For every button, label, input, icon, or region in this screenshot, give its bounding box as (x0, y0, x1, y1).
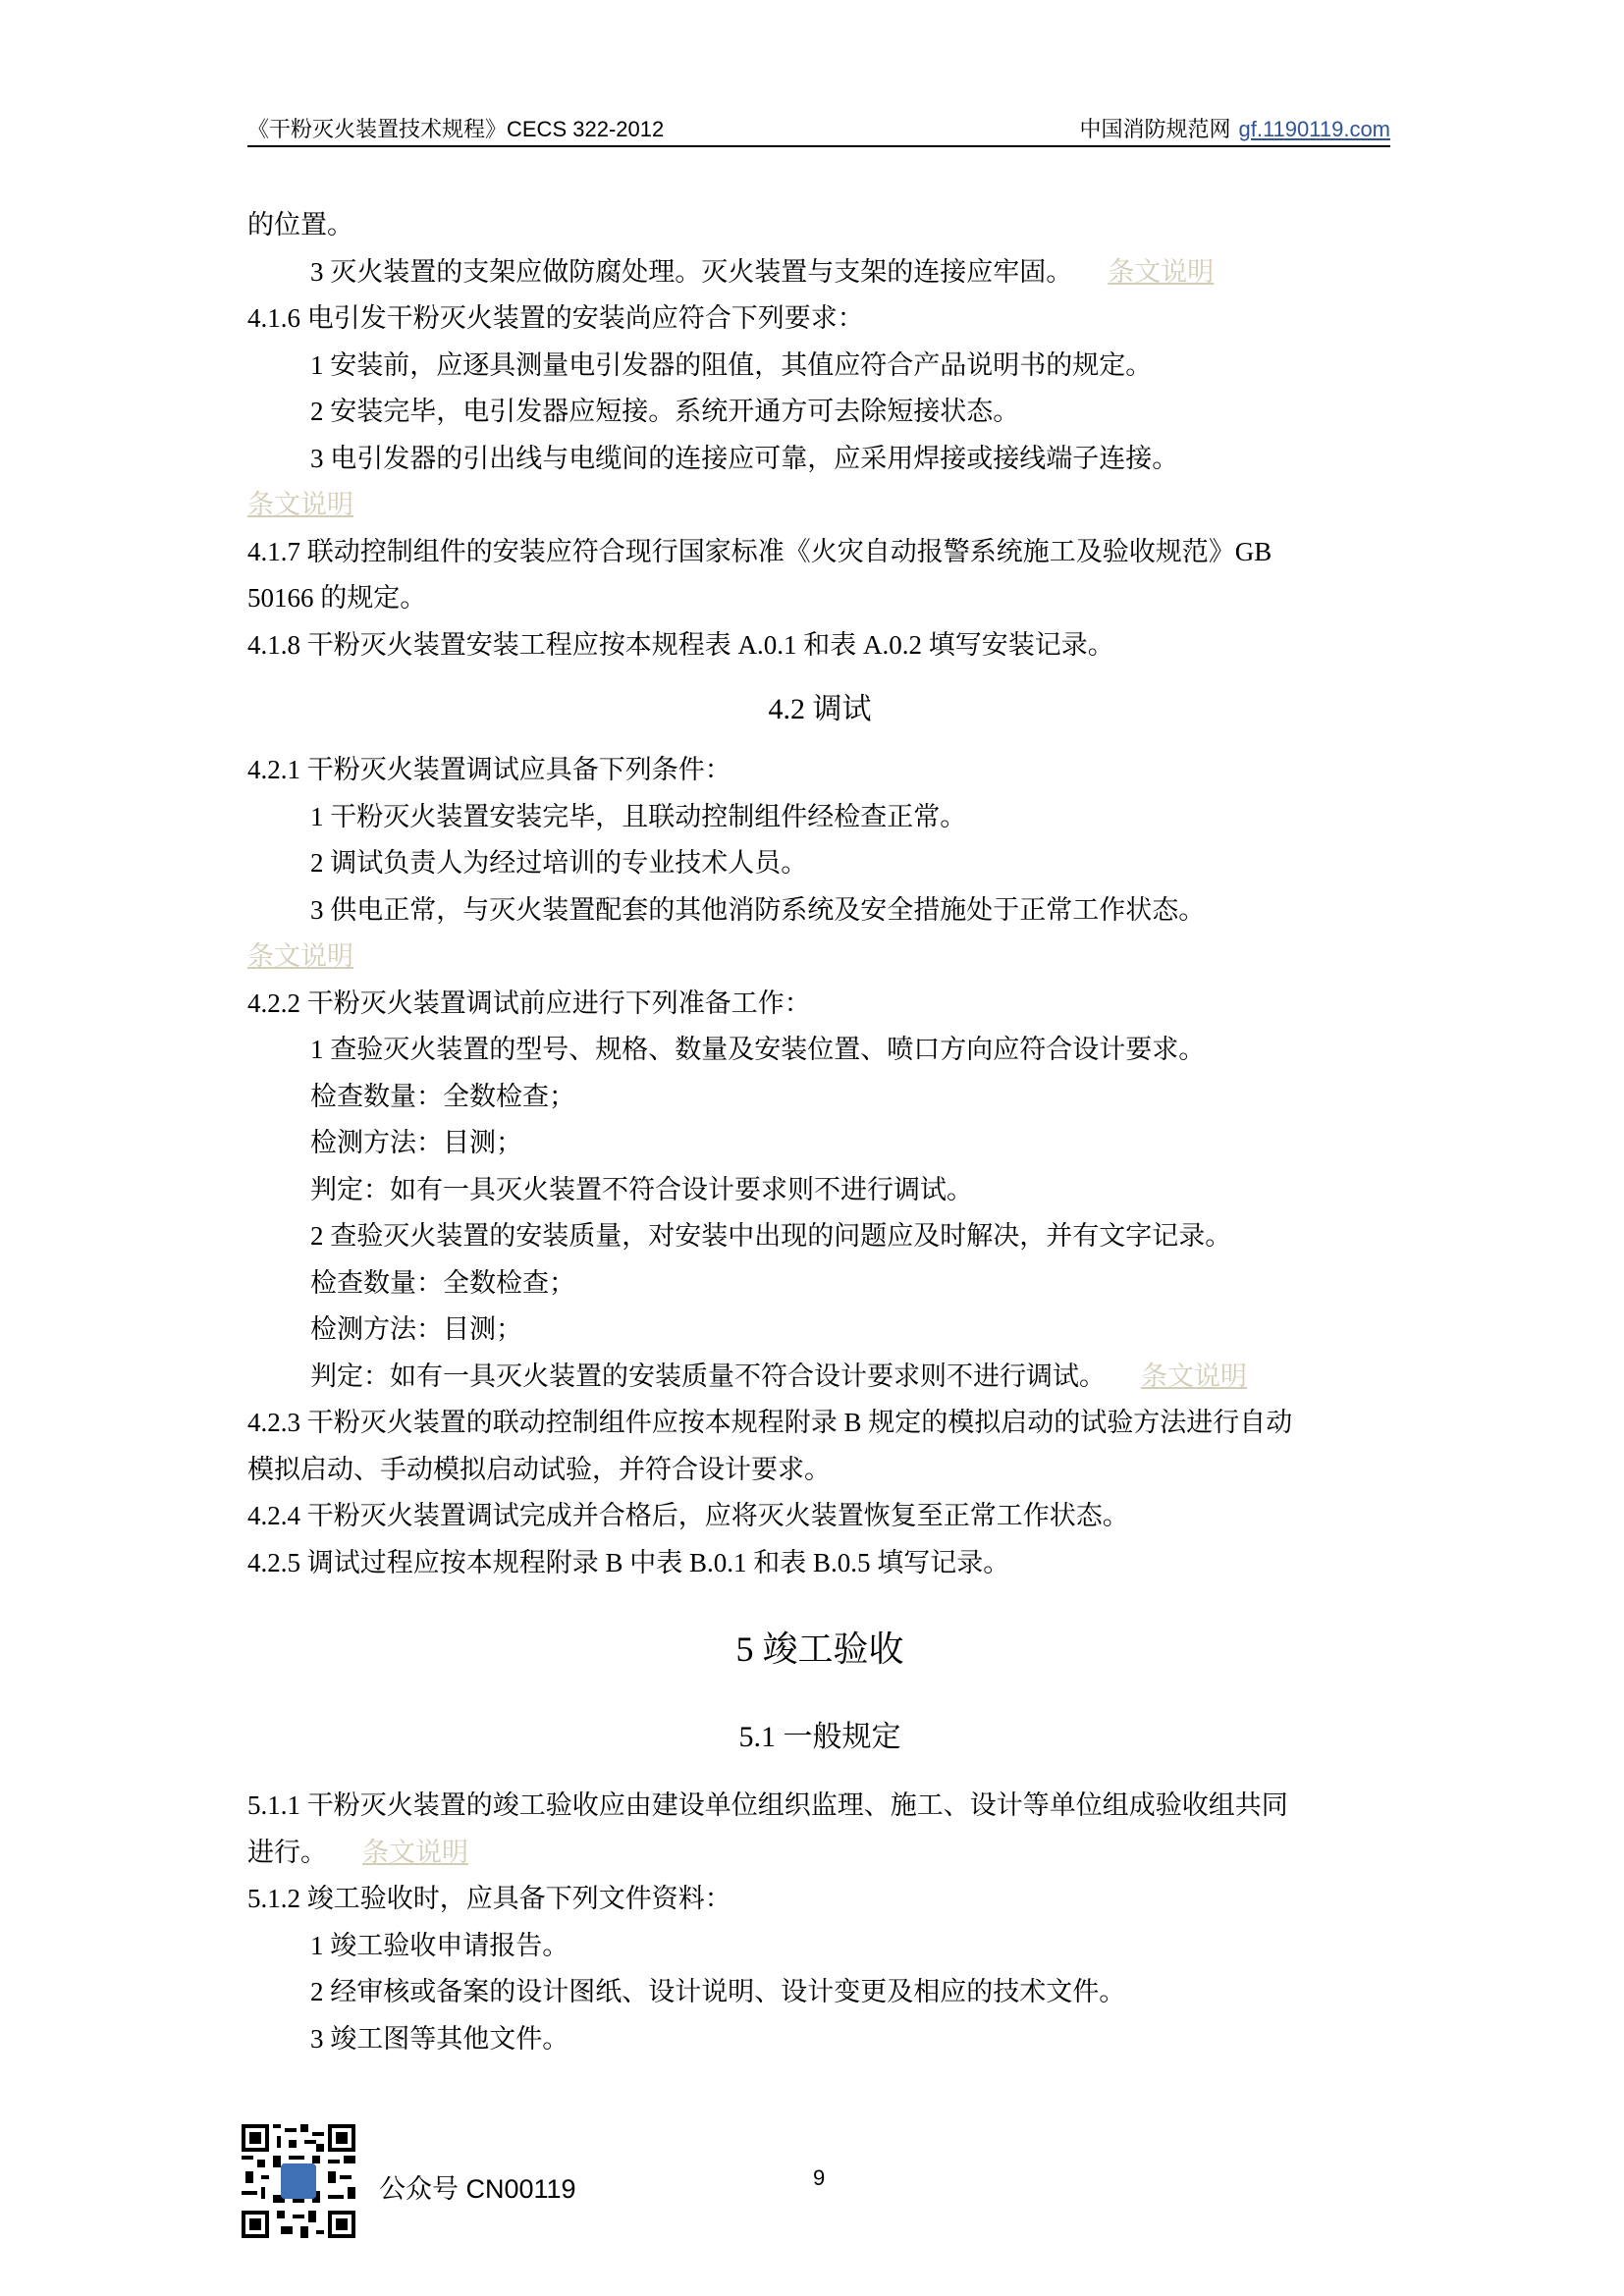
clause-note-link[interactable]: 条文说明 (1141, 1362, 1247, 1391)
clause-4-1-7: 4.1.7 联动控制组件的安装应符合现行国家标准《火灾自动报警系统施工及验收规范… (247, 529, 1392, 576)
page-footer: 公众号 CN00119 (242, 2124, 831, 2242)
clause-4-2-2: 4.2.2 干粉灭火装置调试前应进行下列准备工作： (247, 981, 1392, 1028)
clause-4-2-4: 4.2.4 干粉灭火装置调试完成并合格后，应将灭火装置恢复至正常工作状态。 (247, 1493, 1392, 1540)
inspection-quantity: 检查数量：全数检查； (247, 1074, 1392, 1121)
clause-item: 2 调试负责人为经过培训的专业技术人员。 (247, 840, 1392, 887)
page-header: 《干粉灭火装置技术规程》CECS 322-2012 中国消防规范网gf.1190… (247, 116, 1390, 147)
clause-text: 3 灭火装置的支架应做防腐处理。灭火装置与支架的连接应牢固。 (310, 257, 1072, 287)
clause-item: 3 竣工图等其他文件。 (247, 2016, 1392, 2063)
site-name: 中国消防规范网 (1079, 117, 1230, 141)
clause-4-1-8: 4.1.8 干粉灭火装置安装工程应按本规程表 A.0.1 和表 A.0.2 填写… (247, 622, 1392, 669)
judgement-text: 判定：如有一具灭火装置的安装质量不符合设计要求则不进行调试。 (310, 1362, 1106, 1391)
site-link[interactable]: gf.1190119.com (1238, 117, 1390, 141)
clause-5-1-2: 5.1.2 竣工验收时，应具备下列文件资料： (247, 1876, 1392, 1923)
paragraph-line: 模拟启动、手动模拟启动试验，并符合设计要求。 (247, 1447, 1392, 1494)
inspection-quantity: 检查数量：全数检查； (247, 1260, 1392, 1308)
clause-4-2-3: 4.2.3 干粉灭火装置的联动控制组件应按本规程附录 B 规定的模拟启动的试验方… (247, 1400, 1392, 1447)
section-heading-5-1: 5.1 一般规定 (247, 1714, 1392, 1761)
clause-4-2-1: 4.2.1 干粉灭火装置调试应具备下列条件： (247, 747, 1392, 794)
clause-item: 3 灭火装置的支架应做防腐处理。灭火装置与支架的连接应牢固。条文说明 (247, 249, 1392, 296)
chapter-heading-5: 5 竣工验收 (247, 1624, 1392, 1675)
clause-item: 3 供电正常，与灭火装置配套的其他消防系统及安全措施处于正常工作状态。 (247, 887, 1392, 934)
clause-item: 1 安装前，应逐具测量电引发器的阻值，其值应符合产品说明书的规定。 (247, 343, 1392, 390)
paragraph-line: 的位置。 (247, 202, 1392, 249)
clause-item: 2 经审核或备案的设计图纸、设计说明、设计变更及相应的技术文件。 (247, 1969, 1392, 2016)
clause-item: 3 电引发器的引出线与电缆间的连接应可靠，应采用焊接或接线端子连接。 (247, 436, 1392, 483)
inspection-method: 检测方法：目测； (247, 1120, 1392, 1167)
clause-note-link[interactable]: 条文说明 (247, 490, 353, 519)
site-info: 中国消防规范网gf.1190119.com (1079, 113, 1390, 143)
clause-item: 1 干粉灭火装置安装完毕，且联动控制组件经检查正常。 (247, 794, 1392, 841)
clause-4-2-5: 4.2.5 调试过程应按本规程附录 B 中表 B.0.1 和表 B.0.5 填写… (247, 1540, 1392, 1587)
clause-item: 1 查验灭火装置的型号、规格、数量及安装位置、喷口方向应符合设计要求。 (247, 1027, 1392, 1074)
judgement: 判定：如有一具灭火装置不符合设计要求则不进行调试。 (247, 1167, 1392, 1214)
clause-4-1-6: 4.1.6 电引发干粉灭火装置的安装尚应符合下列要求： (247, 295, 1392, 343)
document-title: 《干粉灭火装置技术规程》CECS 322-2012 (247, 113, 664, 143)
clause-item: 2 查验灭火装置的安装质量，对安装中出现的问题应及时解决，并有文字记录。 (247, 1213, 1392, 1260)
clause-note-link[interactable]: 条文说明 (247, 941, 353, 971)
clause-5-1-1: 5.1.1 干粉灭火装置的竣工验收应由建设单位组织监理、施工、设计等单位组成验收… (247, 1783, 1392, 1830)
paragraph-line: 50166 的规定。 (247, 575, 1392, 622)
clause-note-link[interactable]: 条文说明 (362, 1838, 468, 1867)
page-number: 9 (813, 2165, 825, 2191)
clause-note-link[interactable]: 条文说明 (1108, 257, 1214, 287)
judgement: 判定：如有一具灭火装置的安装质量不符合设计要求则不进行调试。条文说明 (247, 1354, 1392, 1401)
paragraph-line: 进行。条文说明 (247, 1830, 1392, 1877)
paragraph-text: 进行。 (247, 1838, 327, 1867)
clause-item: 1 竣工验收申请报告。 (247, 1923, 1392, 1970)
section-heading-4-2: 4.2 调试 (247, 686, 1392, 733)
inspection-method: 检测方法：目测； (247, 1307, 1392, 1354)
clause-item: 2 安装完毕，电引发器应短接。系统开通方可去除短接状态。 (247, 389, 1392, 436)
page-content: 的位置。 3 灭火装置的支架应做防腐处理。灭火装置与支架的连接应牢固。条文说明 … (247, 202, 1392, 2062)
wechat-account-label: 公众号 CN00119 (379, 2167, 576, 2206)
qr-code-icon (242, 2124, 355, 2238)
